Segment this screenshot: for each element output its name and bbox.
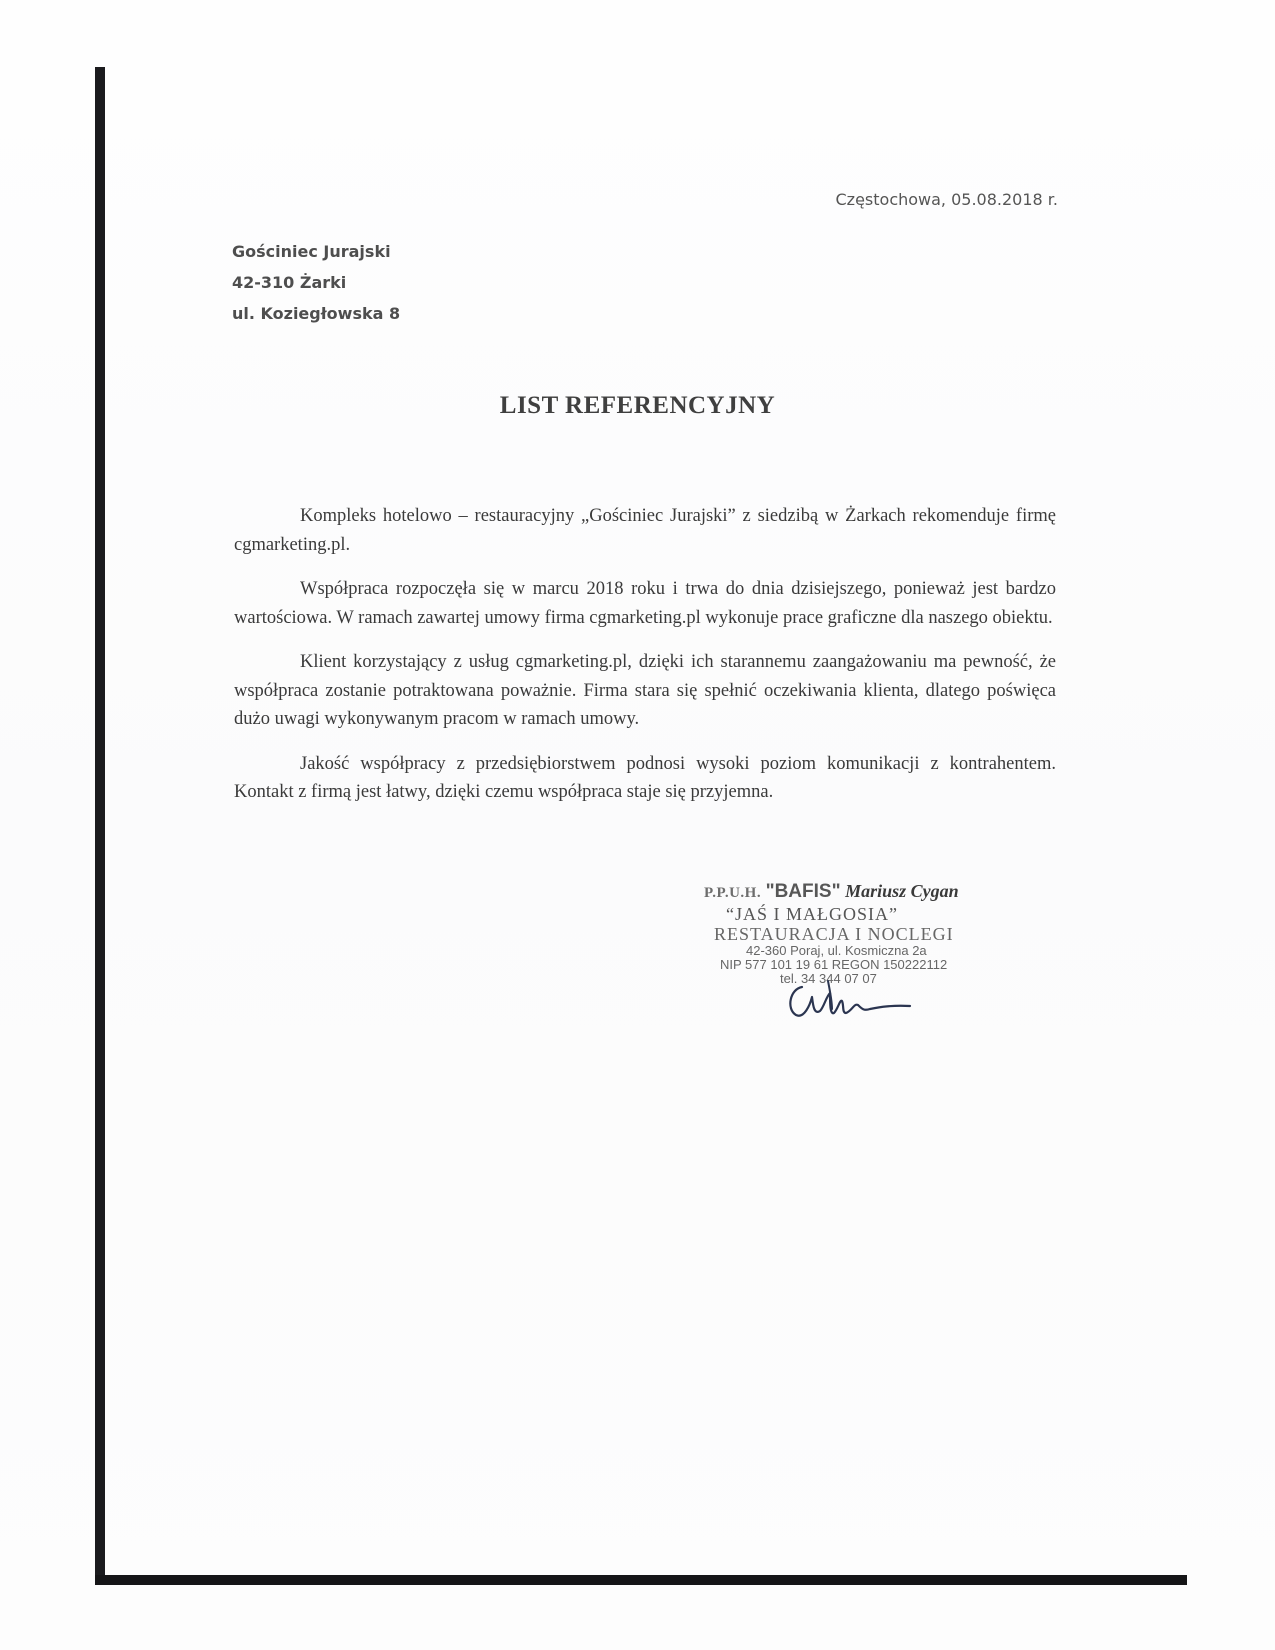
stamp-venue: “JAŚ I MAŁGOSIA” — [688, 904, 1008, 924]
recipient-name: Gościniec Jurajski — [232, 236, 400, 267]
stamp-address: 42-360 Poraj, ul. Kosmiczna 2a — [688, 944, 1008, 958]
letter-body: Kompleks hotelowo – restauracyjny „Gości… — [234, 502, 1056, 823]
document-title: LIST REFERENCYJNY — [0, 392, 1275, 420]
recipient-address: Gościniec Jurajski 42-310 Żarki ul. Kozi… — [232, 236, 400, 329]
scanned-page: Częstochowa, 05.08.2018 r. Gościniec Jur… — [0, 0, 1275, 1650]
signature-icon — [780, 975, 920, 1025]
paragraph: Kompleks hotelowo – restauracyjny „Gości… — [234, 502, 1056, 559]
company-stamp: P.P.U.H. "BAFIS" Mariusz Cygan “JAŚ I MA… — [688, 880, 1008, 986]
recipient-street: ul. Koziegłowska 8 — [232, 298, 400, 329]
place-date: Częstochowa, 05.08.2018 r. — [836, 190, 1059, 209]
paragraph: Klient korzystający z usług cgmarketing.… — [234, 648, 1056, 734]
stamp-company-prefix: P.P.U.H. — [704, 885, 761, 901]
stamp-company-name: "BAFIS" — [766, 881, 841, 902]
stamp-ids: NIP 577 101 19 61 REGON 150222112 — [688, 958, 1008, 972]
paragraph: Współpraca rozpoczęła się w marcu 2018 r… — [234, 575, 1056, 632]
stamp-venue-type: RESTAURACJA I NOCLEGI — [688, 924, 1008, 944]
scan-left-edge — [95, 67, 105, 1585]
paragraph: Jakość współpracy z przedsiębiorstwem po… — [234, 750, 1056, 807]
stamp-owner: Mariusz Cygan — [845, 881, 959, 901]
scan-bottom-edge — [95, 1575, 1187, 1585]
stamp-company-line: P.P.U.H. "BAFIS" Mariusz Cygan — [688, 880, 1008, 904]
recipient-postal-city: 42-310 Żarki — [232, 267, 400, 298]
